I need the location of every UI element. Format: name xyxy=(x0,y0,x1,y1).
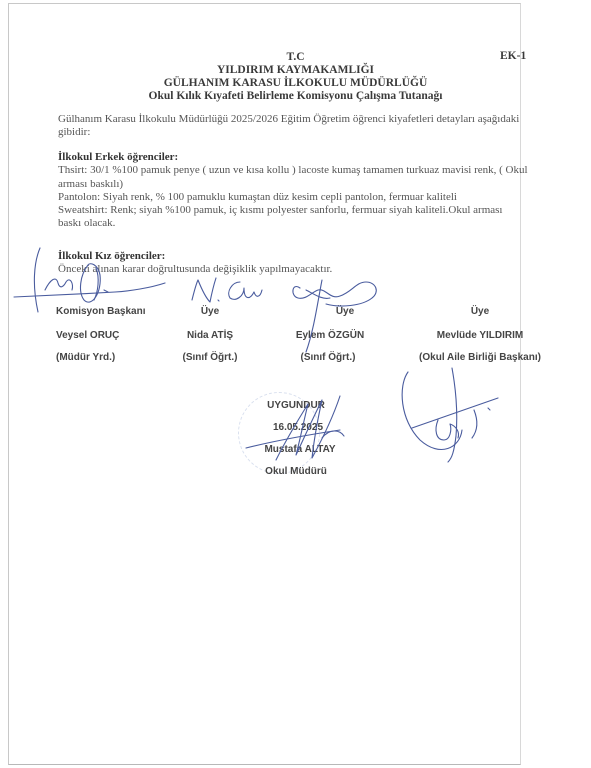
signature-mustafa-icon xyxy=(246,396,344,460)
signature-eylem-icon xyxy=(293,280,376,352)
signature-ink-layer xyxy=(0,0,591,768)
signature-mevlude-icon xyxy=(402,368,498,462)
signature-veysel-icon xyxy=(14,248,165,312)
signature-nida-icon xyxy=(192,278,262,302)
